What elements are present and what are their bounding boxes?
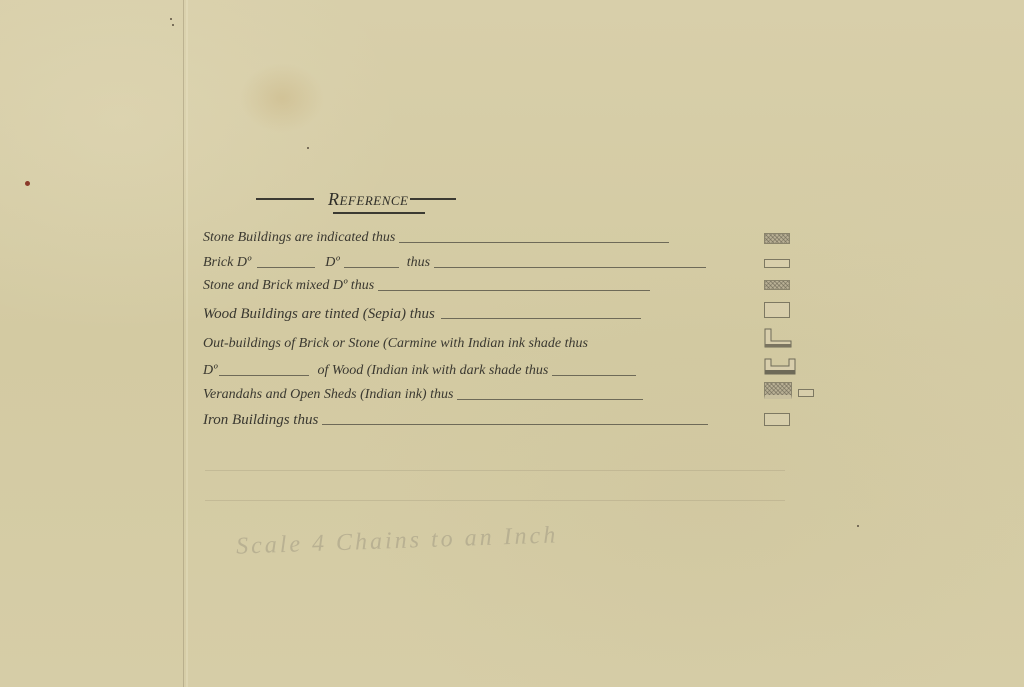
leader-line — [322, 424, 708, 425]
legend-row-stone: Stone Buildings are indicated thus — [203, 226, 669, 246]
legend-row-label: thus — [407, 255, 430, 271]
legend-heading: Reference — [256, 184, 506, 214]
legend-title: Reference — [326, 189, 410, 210]
stone-brick-hatched-swatch — [764, 280, 790, 290]
legend-row-label: Brick Dº — [203, 255, 251, 271]
heading-rule-right — [410, 198, 456, 200]
legend-row-outbuilding-wood: Dº of Wood (Indian ink with dark shade t… — [203, 359, 636, 379]
legend-row-label: of Wood (Indian ink with dark shade thus — [317, 363, 548, 379]
wood-plain-swatch — [764, 302, 790, 318]
leader-line — [378, 290, 650, 291]
legend-row-label: Iron Buildings thus — [203, 412, 318, 428]
leader-line — [219, 375, 309, 376]
legend-row-label: Verandahs and Open Sheds (Indian ink) th… — [203, 387, 453, 403]
legend-row-label: Stone Buildings are indicated thus — [203, 230, 395, 246]
heading-underline — [333, 212, 425, 214]
legend-row-label: Dº — [325, 255, 339, 271]
stone-hatched-swatch — [764, 233, 790, 244]
leader-line — [434, 267, 706, 268]
speck — [307, 147, 309, 149]
paper-fold-line — [183, 0, 184, 687]
paper-fold-highlight — [186, 0, 188, 687]
leader-line — [457, 399, 643, 400]
legend-row-label: Wood Buildings are tinted (Sepia) thus — [203, 306, 435, 322]
wood-outbuilding-U-swatch — [764, 358, 797, 375]
legend-row-brick: Brick Dº Dº thus — [203, 251, 706, 271]
brick-plain-swatch — [764, 259, 790, 268]
legend-row-label: Dº — [203, 363, 217, 379]
legend-row-verandah: Verandahs and Open Sheds (Indian ink) th… — [203, 383, 643, 403]
red-ink-stain — [25, 181, 30, 186]
leader-line — [441, 318, 641, 319]
leader-line — [552, 375, 636, 376]
faint-ruled-line — [205, 470, 785, 471]
iron-plain-swatch — [764, 413, 790, 426]
legend-row-stone-brick: Stone and Brick mixed Dº thus — [203, 274, 650, 294]
leader-line — [344, 267, 399, 268]
legend-row-label: Out-buildings of Brick or Stone (Carmine… — [203, 336, 588, 352]
speck — [857, 525, 859, 527]
legend-row-label: Stone and Brick mixed Dº thus — [203, 278, 374, 294]
heading-rule-left — [256, 198, 314, 200]
faint-ruled-line — [205, 500, 785, 501]
legend-row-wood: Wood Buildings are tinted (Sepia) thus — [203, 302, 641, 322]
leader-line — [257, 267, 315, 268]
legend-row-iron: Iron Buildings thus — [203, 408, 708, 428]
leader-line — [399, 242, 669, 243]
verandah-hatched-swatch — [764, 382, 792, 399]
legend-row-outbuilding-brick: Out-buildings of Brick or Stone (Carmine… — [203, 332, 588, 352]
speck — [172, 24, 174, 26]
speck — [170, 18, 172, 20]
outbuilding-L-swatch — [764, 328, 792, 348]
verandah-small-box-swatch — [798, 389, 814, 397]
